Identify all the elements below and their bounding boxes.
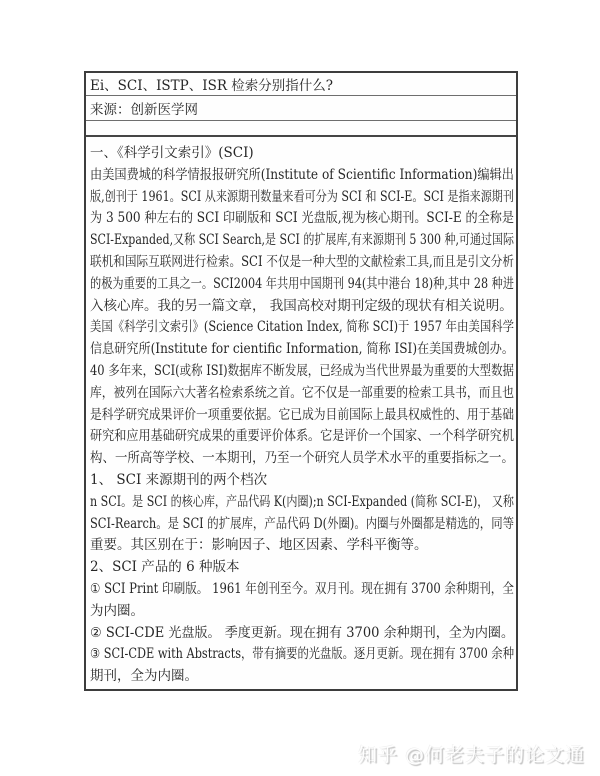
answer-line: 入核心库。我的另一篇文章， 我国高校对期刊定级的现状有相关说明。 [90, 296, 514, 318]
answer-line-text: 由美国费城的科学情报报研究所(Institute of Scientific I… [90, 165, 514, 187]
answer-line-text: SCI-Expanded,又称 SCI Search,是 SCI 的扩展库,有来… [90, 230, 514, 252]
answer-line-text: n SCI。是 SCI 的核心库，产品代码 K(内圈);n SCI-Expand… [90, 492, 514, 514]
answer-line: 研究和应用基础研究成果的重要评价体系。它是评价一个国家、一个科学研究机 [90, 426, 514, 448]
answer-line-text: 美国《科学引文索引》(Science Citation Index, 简称 SC… [90, 317, 514, 339]
answer-line: 信息研究所(Institute for cientific Informatio… [90, 339, 514, 361]
source-row: 来源：创新医学网 [86, 96, 516, 121]
answer-line: 构、一所高等学校、一本期刊，乃至一个研究人员学术水平的重要指标之一。 [90, 448, 514, 470]
empty-row [86, 121, 516, 137]
question-text: Ei、SCI、ISTP、ISR 检索分别指什么? [90, 74, 333, 94]
answer-line: 版,创刊于 1961。SCI 从来源期刊数量来看可分为 SCI 和 SCI-E。… [90, 187, 514, 209]
answer-line: ② SCI-CDE 光盘版。 季度更新。现在拥有 3700 余种期刊，全为内圈。 [90, 623, 514, 645]
answer-line: 是科学研究成果评价一项重要依据。它已成为目前国际上最具权威性的、用于基础 [90, 405, 514, 427]
answer-line-text: 是科学研究成果评价一项重要依据。它已成为目前国际上最具权威性的、用于基础 [90, 405, 514, 427]
answer-line: 为内圈。 [90, 601, 514, 623]
answer-line-text: 为 3 500 种左右的 SCI 印刷版和 SCI 光盘版,视为核心期刊。SCI… [90, 208, 514, 230]
answer-line-text: 期刊，全为内圈。 [90, 666, 198, 688]
answer-line-text: SCI-Rearch。是 SCI 的扩展库，产品代码 D(外圈)。内圈与外圈都是… [90, 514, 514, 536]
answer-line: 40 多年来，SCI(或称 ISI)数据库不断发展，已经成为当代世界最为重要的大… [90, 361, 514, 383]
answer-line: 重要。其区别在于：影响因子、地区因素、学科平衡等。 [90, 535, 514, 557]
answer-line: 为 3 500 种左右的 SCI 印刷版和 SCI 光盘版,视为核心期刊。SCI… [90, 208, 514, 230]
qa-table: Ei、SCI、ISTP、ISR 检索分别指什么? 来源：创新医学网 一、《科学引… [84, 71, 518, 691]
answer-line-text: 研究和应用基础研究成果的重要评价体系。它是评价一个国家、一个科学研究机 [90, 426, 514, 448]
answer-line: 联机和国际互联网进行检索。SCI 不仅是一种大型的文献检索工具,而且是引文分析 [90, 252, 514, 274]
answer-line-text: 版,创刊于 1961。SCI 从来源期刊数量来看可分为 SCI 和 SCI-E。… [90, 187, 514, 209]
question-row: Ei、SCI、ISTP、ISR 检索分别指什么? [86, 73, 516, 96]
answer-cell: 一、《科学引文索引》(SCI)由美国费城的科学情报报研究所(Institute … [86, 137, 516, 688]
answer-line: SCI-Expanded,又称 SCI Search,是 SCI 的扩展库,有来… [90, 230, 514, 252]
answer-line-text: 1、 SCI 来源期刊的两个档次 [90, 470, 267, 492]
answer-lines: 一、《科学引文索引》(SCI)由美国费城的科学情报报研究所(Institute … [90, 143, 514, 688]
answer-line-text: 构、一所高等学校、一本期刊，乃至一个研究人员学术水平的重要指标之一。 [90, 448, 514, 470]
answer-line: ① SCI Print 印刷版。 1961 年创刊至今。双月刊。现在拥有 370… [90, 579, 514, 601]
answer-line-text: 联机和国际互联网进行检索。SCI 不仅是一种大型的文献检索工具,而且是引文分析 [90, 252, 514, 274]
answer-line: 的极为重要的工具之一。SCI2004 年共用中国期刊 94(其中港台 18)种,… [90, 274, 514, 296]
answer-line: ③ SCI-CDE with Abstracts，带有摘要的光盘版。逐月更新。现… [90, 644, 514, 666]
document-page: Ei、SCI、ISTP、ISR 检索分别指什么? 来源：创新医学网 一、《科学引… [0, 0, 600, 776]
answer-line-text: ② SCI-CDE 光盘版。 季度更新。现在拥有 3700 余种期刊，全为内圈。 [90, 623, 514, 645]
answer-line: n SCI。是 SCI 的核心库，产品代码 K(内圈);n SCI-Expand… [90, 492, 514, 514]
answer-line: 库，被列在国际六大著名检索系统之首。它不仅是一部重要的检索工具书，而且也 [90, 383, 514, 405]
answer-line: SCI-Rearch。是 SCI 的扩展库，产品代码 D(外圈)。内圈与外圈都是… [90, 514, 514, 536]
answer-line-text: 重要。其区别在于：影响因子、地区因素、学科平衡等。 [90, 535, 428, 557]
answer-line-text: 入核心库。我的另一篇文章， 我国高校对期刊定级的现状有相关说明。 [90, 296, 513, 318]
source-text: 来源：创新医学网 [90, 98, 198, 118]
answer-line-text: 信息研究所(Institute for cientific Informatio… [90, 339, 514, 361]
answer-line-text: ③ SCI-CDE with Abstracts，带有摘要的光盘版。逐月更新。现… [90, 644, 514, 666]
answer-line: 一、《科学引文索引》(SCI) [90, 143, 514, 165]
answer-line-text: 库，被列在国际六大著名检索系统之首。它不仅是一部重要的检索工具书，而且也 [90, 383, 514, 405]
answer-line-text: 为内圈。 [90, 601, 144, 623]
answer-line: 期刊，全为内圈。 [90, 666, 514, 688]
answer-line-text: 一、《科学引文索引》(SCI) [90, 143, 254, 165]
answer-line: 2、SCI 产品的 6 种版本 [90, 557, 514, 579]
answer-line-text: 2、SCI 产品的 6 种版本 [90, 557, 239, 579]
zhihu-watermark: 知乎 @何老夫子的论文通 [358, 740, 585, 767]
answer-line: 美国《科学引文索引》(Science Citation Index, 简称 SC… [90, 317, 514, 339]
answer-line: 1、 SCI 来源期刊的两个档次 [90, 470, 514, 492]
answer-line-text: 40 多年来，SCI(或称 ISI)数据库不断发展，已经成为当代世界最为重要的大… [90, 361, 514, 383]
answer-line: 由美国费城的科学情报报研究所(Institute of Scientific I… [90, 165, 514, 187]
answer-line-text: ① SCI Print 印刷版。 1961 年创刊至今。双月刊。现在拥有 370… [90, 579, 514, 601]
answer-line-text: 的极为重要的工具之一。SCI2004 年共用中国期刊 94(其中港台 18)种,… [90, 274, 514, 296]
